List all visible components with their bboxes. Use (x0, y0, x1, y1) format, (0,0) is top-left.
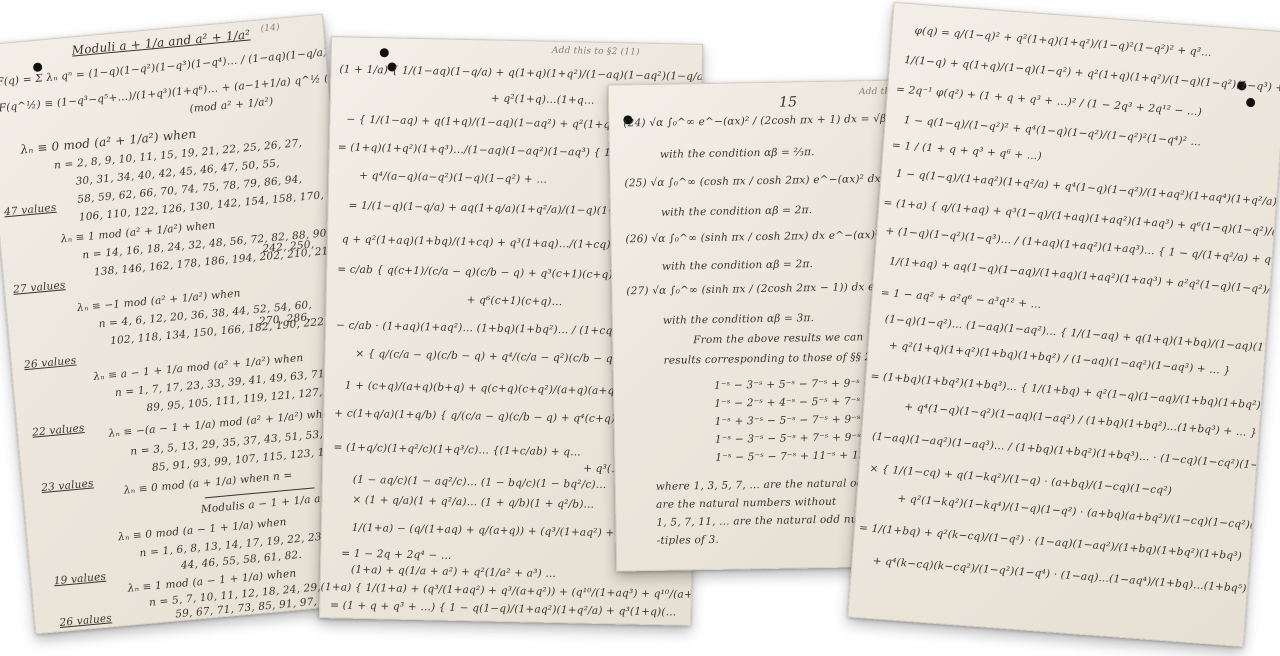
equation: + q²(1+q)…(1+q… (491, 93, 595, 107)
equation: × { 1/(1−cq) + q(1−kq²)/(1−q) · (a+bq)/(… (869, 463, 1172, 498)
text-line: are the natural numbers without (656, 496, 837, 511)
page-note: (14) (260, 23, 280, 35)
margin-label: 27 values (13, 279, 66, 296)
equation: 1/(1+a) − (q/(1+aq) + q/(a+q)) + (q³/(1+… (352, 522, 629, 540)
text-line: -tiples of 3. (657, 534, 720, 547)
text-line: where 1, 3, 5, 7, … are the natural od (656, 477, 864, 493)
margin-label: 22 values (32, 422, 85, 439)
heading: Moduli a + 1/a and a² + 1/a² (71, 27, 251, 57)
condition: with the condition αβ = 3π. (663, 312, 814, 327)
condition: with the condition αβ = 2π. (662, 258, 813, 273)
equation: (mod a² + 1/a²) (189, 96, 274, 116)
equation: φ(q) = q/(1−q)² + q²(1+q)(1+q²)/(1−q)²(1… (914, 25, 1212, 59)
punch-hole (380, 48, 389, 57)
series: 1⁻ˢ − 3⁻ˢ + 5⁻ˢ − 7⁻ˢ + 9⁻ˢ − (714, 377, 873, 392)
condition: with the condition αβ = ⅔π. (660, 146, 815, 161)
margin-label: 47 values (4, 202, 57, 219)
equation: (1 − aq/c)(1 − aq²/c)… (1 − bq/c)(1 − bq… (353, 474, 607, 491)
margin-label: 26 values (24, 354, 77, 371)
series: 1⁻ˢ − 3⁻ˢ − 5⁻ˢ + 7⁻ˢ + 9⁻ˢ − (715, 431, 874, 446)
equation-26: (26) √α ∫₀^∞ (sinh πx / cosh 2πx) dx e^−… (625, 227, 918, 246)
equation: = 1 / (1 + q + q³ + q⁶ + …) (891, 139, 1042, 162)
page-note: Add this to §2 (11) (552, 46, 640, 58)
punch-hole (1246, 98, 1256, 108)
equation: (1+a) + q(1/a + a²) + q²(1/a² + a³) … (351, 564, 556, 580)
equation: + q⁶(c+1)(c+q)… (467, 294, 563, 308)
equation: + q⁴(k−cq)(k−cq²)/(1−q²)(1−q⁴) · (1−aq)…… (872, 555, 1273, 597)
equation-25: (25) √α ∫₀^∞ (cosh πx / cosh 2πx) e^−(αx… (624, 170, 918, 190)
equation: = 1 − aq² + a²q⁶ − a³q¹² + … (880, 287, 1041, 311)
equation-24: (24) √α ∫₀^∞ e^−(αx)² / (2cosh πx + 1) d… (623, 109, 918, 129)
equation: × (1 + q/a)(1 + q²/a)… (1 + q/b)(1 + q²/… (352, 494, 594, 511)
equation: = (1 + q + q³ + …) { 1 − q(1−q)/(1+aq²)(… (330, 599, 676, 618)
series: 1⁻ˢ + 3⁻ˢ − 5⁻ˢ − 7⁻ˢ + 9⁻ˢ + (715, 413, 874, 428)
equation: + q⁴/(a−q)(a−q²)(1−q)(1−q²) + … (359, 170, 547, 186)
text-line: From the above results we can (693, 331, 863, 346)
margin-label: 23 values (41, 477, 94, 494)
condition: with the condition αβ = 2π. (661, 204, 812, 219)
equation: × { q/(c/a − q)(c/b − q) + q⁴/(c/a − q²)… (355, 348, 621, 366)
equation: = (1+q/c)(1+q²/c)(1+q³/c)… {(1+c/ab) + q… (333, 441, 581, 458)
text-line: 1, 5, 7, 11, … are the natural odd nu (656, 513, 857, 529)
equation: q + q²(1+aq)(1+bq)/(1+cq) + q³(1+aq)…/(1… (342, 233, 622, 251)
marker: 15 (779, 94, 797, 110)
text-line: results corresponding to those of §§ 2… (663, 351, 882, 367)
equation: = 2q⁻¹ φ(q²) + (1 + q + q³ + …)² / (1 − … (896, 83, 1203, 118)
equation: = 1/(1+bq) + q²(k−cq)/(1−q²) · (1−aq)(1−… (859, 522, 1243, 563)
margin-label: 26 values (59, 612, 112, 629)
margin-label: 19 values (53, 571, 106, 588)
equation: (1+a) { 1/(1+a) + (q³/(1+aq²) + q³/(a+q²… (320, 581, 703, 602)
series: 1⁻ˢ − 2⁻ˢ + 4⁻ˢ − 5⁻ˢ + 7⁻ˢ − (714, 395, 873, 410)
manuscript-page-4: φ(q) = q/(1−q)² + q²(1+q)(1+q²)/(1−q)²(1… (847, 2, 1280, 647)
equation: = 1 − 2q + 2q⁴ − … (341, 547, 452, 561)
equation: (1 + 1/a) { 1/(1−aq)(1−q/a) + q(1+q)(1+q… (339, 63, 703, 84)
punch-hole (33, 62, 43, 72)
